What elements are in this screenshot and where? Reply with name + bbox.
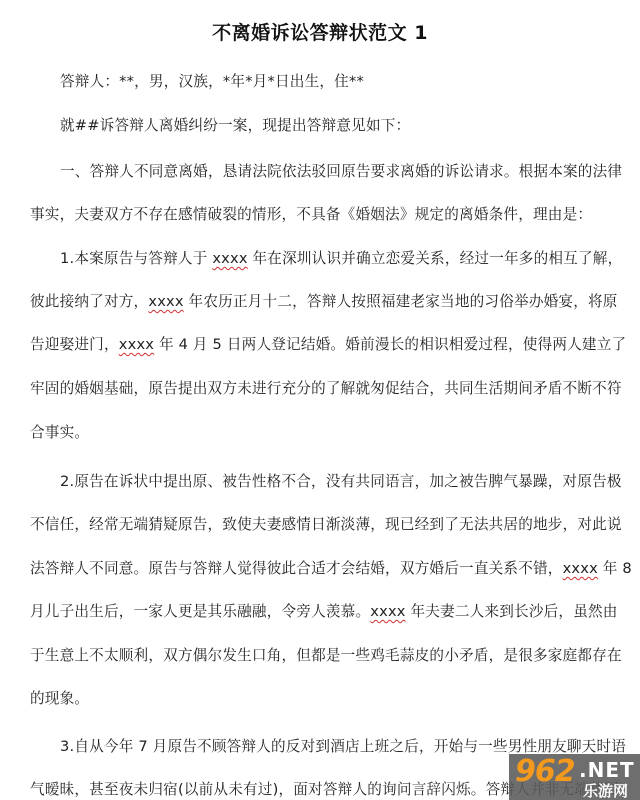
watermark-domain: .NET xyxy=(579,758,635,782)
watermark-number: 962 xyxy=(515,754,575,789)
spellcheck-marked-word: xxxx xyxy=(148,293,183,310)
text-segment: 1.本案原告与答辩人于 xyxy=(60,250,212,267)
text-segment: 月儿子出生后，一家人更是其乐融融，令旁人羡慕。 xyxy=(30,603,370,620)
point-1-line-5: 合事实。 xyxy=(30,421,89,442)
point-1-line-2: 彼此接纳了对方，xxxx 年农历正月十二，答辩人按照福建老家当地的习俗举办婚宴，… xyxy=(30,290,618,311)
text-segment: 年 8 xyxy=(598,560,632,577)
point-2-line-1: 2.原告在诉状中提出原、被告性格不合，没有共同语言，加之被告脾气暴躁，对原告极 xyxy=(60,470,622,491)
spellcheck-marked-word: xxxx xyxy=(212,250,247,267)
point-2-line-2: 不信任，经常无端猜疑原告，致使夫妻感情日渐淡薄，现已经到了无法共居的地步，对此说 xyxy=(30,513,622,534)
section-1-line-2: 事实，夫妻双方不存在感情破裂的情形，不具备《婚姻法》规定的离婚条件，理由是： xyxy=(30,203,592,224)
document-title: 不离婚诉讼答辩状范文 1 xyxy=(0,18,640,45)
respondent-info: 答辩人：**，男，汉族，*年*月*日出生，住** xyxy=(60,70,364,91)
site-watermark: 962 .NET 乐游网 xyxy=(509,754,640,800)
watermark-site-name: 乐游网 xyxy=(583,780,628,800)
point-3-line-1: 3.自从今年 7 月原告不顾答辩人的反对到酒店上班之后，开始与一些男性朋友聊天时… xyxy=(60,735,626,756)
point-1-line-1: 1.本案原告与答辩人于 xxxx 年在深圳认识并确立恋爱关系，经过一年多的相互了… xyxy=(60,247,622,268)
point-2-line-6: 的现象。 xyxy=(30,687,89,708)
text-segment: 年在深圳认识并确立恋爱关系，经过一年多的相互了解， xyxy=(248,250,623,267)
text-segment: 年农历正月十二，答辩人按照福建老家当地的习俗举办婚宴，将原 xyxy=(184,293,618,310)
spellcheck-marked-word: xxxx xyxy=(370,603,405,620)
document-page: 不离婚诉讼答辩状范文 1 答辩人：**，男，汉族，*年*月*日出生，住** 就#… xyxy=(0,0,640,800)
text-segment: 法答辩人不同意。原告与答辩人觉得彼此合适才会结婚，双方婚后一直关系不错， xyxy=(30,560,563,577)
point-2-line-5: 于生意上不太顺利，双方偶尔发生口角，但都是一些鸡毛蒜皮的小矛盾，是很多家庭都存在 xyxy=(30,644,622,665)
point-1-line-3: 告迎娶进门，xxxx 年 4 月 5 日两人登记结婚。婚前漫长的相识相爱过程，使… xyxy=(30,333,626,354)
text-segment: 年夫妻二人来到长沙后，虽然由 xyxy=(406,603,618,620)
text-segment: 告迎娶进门， xyxy=(30,336,119,353)
intro-line: 就##诉答辩人离婚纠纷一案，现提出答辩意见如下： xyxy=(60,114,410,135)
text-segment: 年 4 月 5 日两人登记结婚。婚前漫长的相识相爱过程，使得两人建立了 xyxy=(154,336,626,353)
spellcheck-marked-word: xxxx xyxy=(563,560,598,577)
point-2-line-3: 法答辩人不同意。原告与答辩人觉得彼此合适才会结婚，双方婚后一直关系不错，xxxx… xyxy=(30,557,632,578)
section-1-line-1: 一、答辩人不同意离婚，恳请法院依法驳回原告要求离婚的诉讼请求。根据本案的法律 xyxy=(60,160,622,181)
text-segment: 彼此接纳了对方， xyxy=(30,293,148,310)
spellcheck-marked-word: xxxx xyxy=(119,336,154,353)
point-2-line-4: 月儿子出生后，一家人更是其乐融融，令旁人羡慕。xxxx 年夫妻二人来到长沙后，虽… xyxy=(30,600,618,621)
point-1-line-4: 牢固的婚姻基础，原告提出双方未进行充分的了解就匆促结合，共同生活期间矛盾不断不符 xyxy=(30,377,622,398)
